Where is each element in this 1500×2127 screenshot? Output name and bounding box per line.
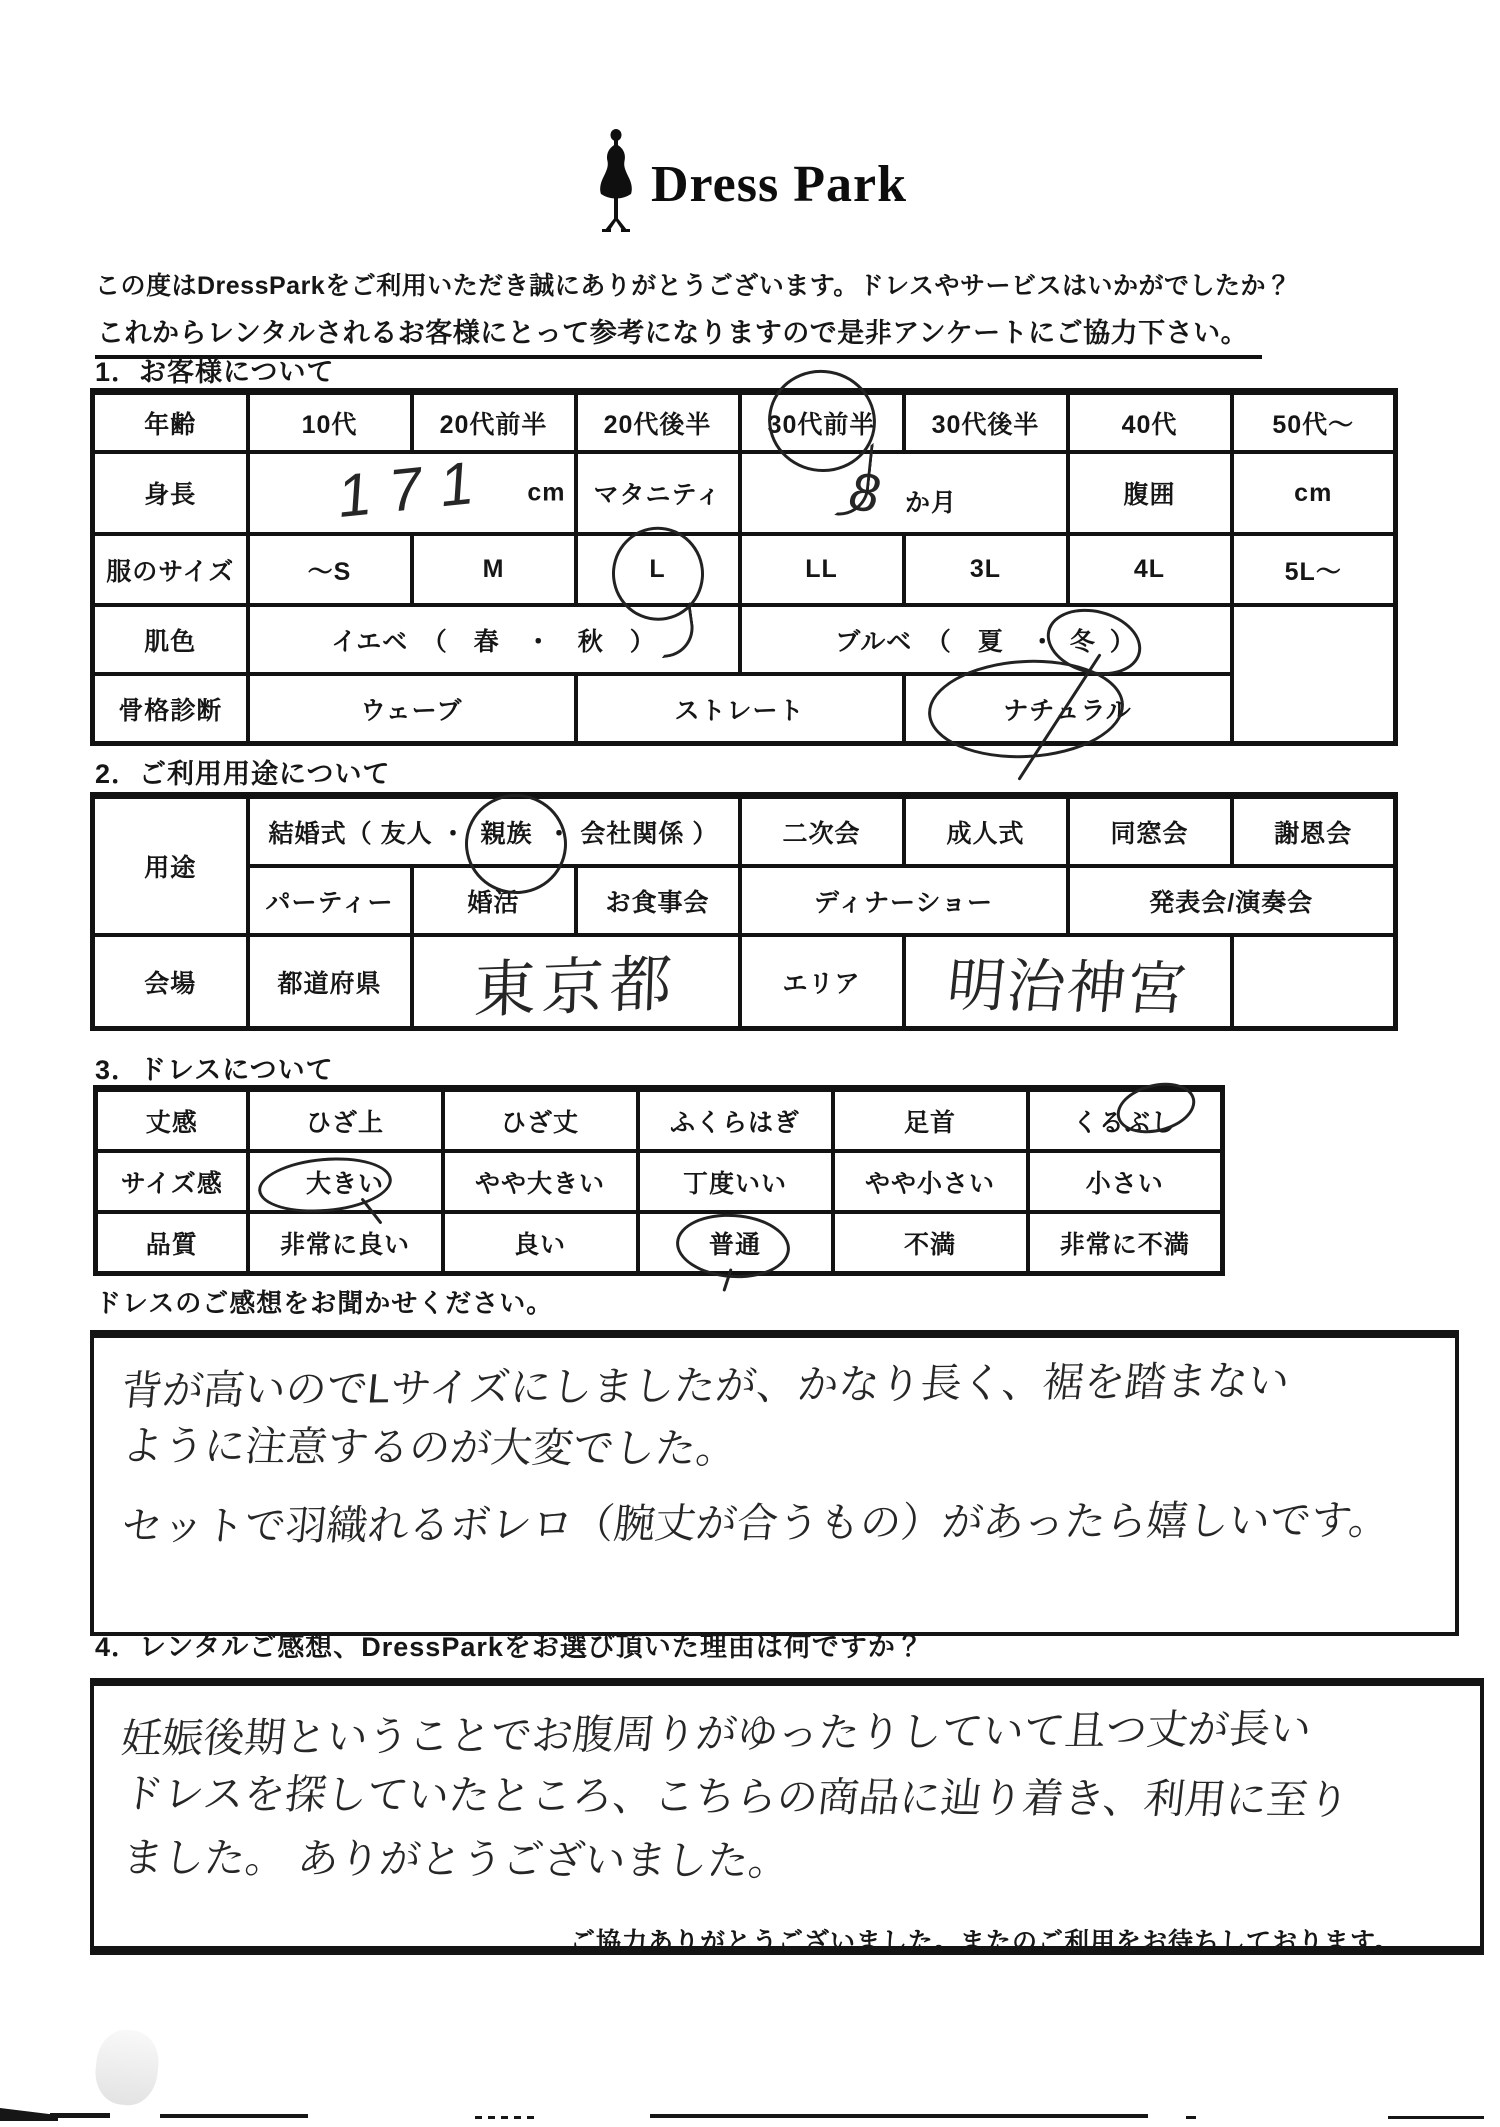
quality-option: 非常に不満 — [1028, 1212, 1223, 1274]
scan-artifact — [1186, 2116, 1196, 2119]
height-value: 171 — [335, 445, 493, 531]
length-option: ひざ丈 — [443, 1089, 638, 1152]
brand-logo: Dress Park — [0, 126, 1500, 243]
area-value: 明治神宮 — [943, 937, 1192, 1025]
age-option: 20代後半 — [576, 392, 740, 453]
usage-option: 同窓会 — [1068, 796, 1232, 867]
age-label: 年齢 — [93, 392, 248, 453]
age-option: 50代～ — [1232, 392, 1396, 453]
usage-option: お食事会 — [576, 866, 740, 935]
size-option-selected: L — [576, 534, 740, 605]
relatives-option: 親族 — [481, 814, 533, 850]
wedding-text: 結婚式（ 友人 ・ — [269, 820, 467, 848]
frame-label: 骨格診断 — [93, 674, 248, 744]
maternity-months-cell: 8 か月 — [740, 452, 1068, 534]
usage-label: 用途 — [93, 796, 248, 936]
usage-row-1: 用途 結婚式（ 友人 ・ 親族 ・ 会社関係 ） 二次会 成人式 同窓会 謝恩会 — [93, 796, 1396, 867]
height-row: 身長 171 cm マタニティ 8 か月 腹囲 cm — [93, 452, 1396, 534]
comment-line: ように注意するのが大変でした。 — [119, 1415, 1430, 1486]
area-value-cell: 明治神宮 — [904, 935, 1232, 1029]
prefecture-value: 東京都 — [472, 933, 679, 1029]
frame-option-selected: ナチュラル — [904, 674, 1232, 744]
scan-artifact — [650, 2114, 1148, 2118]
comment-line: ドレスを探していたところ、こちらの商品に辿り着き、利用に至り — [119, 1762, 1455, 1833]
usage-option: 発表会/演奏会 — [1068, 866, 1396, 935]
prefecture-value-cell: 東京都 — [412, 935, 740, 1029]
venue-row: 会場 都道府県 東京都 エリア 明治神宮 — [93, 935, 1396, 1029]
age-option-label: 30代前半 — [768, 411, 876, 439]
fit-option-label: 大きい — [306, 1170, 384, 1198]
fit-label: サイズ感 — [96, 1151, 248, 1212]
size-row: 服のサイズ ～S M L LL 3L 4L 5L～ — [93, 534, 1396, 605]
age-option: 40代 — [1068, 392, 1232, 453]
skin-row: 肌色 イエベ （ 春 ・ 秋 ） ブルベ （ 夏 ・ 冬 ） — [93, 605, 1396, 674]
intro-text: この度はDressParkをご利用いただき誠にありがとうございます。ドレスやサー… — [95, 266, 1425, 302]
age-option: 10代 — [248, 392, 412, 453]
length-option-selected: くるぶし — [1028, 1089, 1223, 1152]
waist-unit: cm — [1232, 452, 1396, 534]
fit-option: やや小さい — [833, 1151, 1028, 1212]
fit-option: 丁度いい — [638, 1151, 833, 1212]
fit-option: 小さい — [1028, 1151, 1223, 1212]
length-option: ふくらはぎ — [638, 1089, 833, 1152]
winter-option: 冬 — [1070, 622, 1096, 658]
size-option: ～S — [248, 534, 412, 605]
length-option: ひざ上 — [248, 1089, 443, 1152]
comment-line: 背が高いのでLサイズにしましたが、かなり長く、裾を踏まない — [118, 1348, 1430, 1423]
length-row: 丈感 ひざ上 ひざ丈 ふくらはぎ 足首 くるぶし — [96, 1089, 1223, 1152]
skin-label: 肌色 — [93, 605, 248, 674]
age-option-selected: 30代前半 — [740, 392, 904, 453]
quality-label: 品質 — [96, 1212, 248, 1274]
age-option: 30代後半 — [904, 392, 1068, 453]
section1-title: 1．お客様について — [95, 350, 334, 389]
survey-form-page: Dress Park この度はDressParkをご利用いただき誠にありがとうご… — [0, 0, 1500, 2127]
pen-tail-normal — [722, 1268, 732, 1292]
usage-table: 用途 結婚式（ 友人 ・ 親族 ・ 会社関係 ） 二次会 成人式 同窓会 謝恩会… — [90, 792, 1398, 1031]
relatives-label: 親族 — [481, 820, 533, 848]
usage-option: 二次会 — [740, 796, 904, 867]
customer-info-table: 年齢 10代 20代前半 20代後半 30代前半 30代後半 40代 50代～ … — [90, 388, 1398, 746]
maternity-label: マタニティ — [576, 452, 740, 534]
fit-row: サイズ感 大きい やや大きい 丁度いい やや小さい 小さい — [96, 1151, 1223, 1212]
length-option: 足首 — [833, 1089, 1028, 1152]
frame-option-label: ナチュラル — [1003, 697, 1132, 725]
size-option: 5L～ — [1232, 534, 1396, 605]
quality-option: 良い — [443, 1212, 638, 1274]
quality-option-selected: 普通 — [638, 1212, 833, 1274]
intro-block: この度はDressParkをご利用いただき誠にありがとうございます。ドレスやサー… — [95, 266, 1425, 359]
skin-blue-option: ブルベ （ 夏 ・ 冬 ） — [740, 605, 1232, 674]
usage-option: 成人式 — [904, 796, 1068, 867]
frame-row: 骨格診断 ウェーブ ストレート ナチュラル — [93, 674, 1396, 744]
scan-artifact — [475, 2116, 539, 2119]
size-label: 服のサイズ — [93, 534, 248, 605]
quality-option-label: 普通 — [709, 1231, 761, 1259]
fit-option-selected: 大きい — [248, 1151, 443, 1212]
reason-comment-box: 妊娠後期ということでお腹周りがゆったりしていて且つ丈が長い ドレスを探していたと… — [90, 1678, 1484, 1955]
frame-option: ストレート — [576, 674, 904, 744]
usage-option: 謝恩会 — [1232, 796, 1396, 867]
waist-label: 腹囲 — [1068, 452, 1232, 534]
scan-artifact — [160, 2114, 308, 2118]
brand-name: Dress Park — [651, 155, 907, 214]
quality-option: 不満 — [833, 1212, 1028, 1274]
closing-note: ご協力ありがとうございました。またのご利用をお待ちしております。 — [570, 1922, 1400, 1958]
dress-comment-label: ドレスのご感想をお聞かせください。 — [95, 1283, 553, 1320]
frame-option: ウェーブ — [248, 674, 576, 744]
size-option: 3L — [904, 534, 1068, 605]
size-option: M — [412, 534, 576, 605]
height-unit: cm — [527, 479, 565, 508]
height-value-cell: 171 cm — [248, 452, 576, 534]
area-label: エリア — [740, 935, 904, 1029]
dress-feedback-table: 丈感 ひざ上 ひざ丈 ふくらはぎ 足首 くるぶし サイズ感 大きい やや大きい … — [93, 1085, 1225, 1276]
wedding-option: 結婚式（ 友人 ・ 親族 ・ 会社関係 ） — [248, 796, 740, 867]
maternity-months-unit: か月 — [905, 489, 957, 517]
age-option: 20代前半 — [412, 392, 576, 453]
skin-blue-text: ブルベ （ 夏 ・ — [835, 628, 1056, 656]
venue-label: 会場 — [93, 935, 248, 1029]
section4-title: 4．レンタルご感想、DressParkをお選び頂いた理由は何ですか？ — [95, 1625, 924, 1664]
usage-option: 婚活 — [412, 866, 576, 935]
size-option: 4L — [1068, 534, 1232, 605]
age-row: 年齢 10代 20代前半 20代後半 30代前半 30代後半 40代 50代～ — [93, 392, 1396, 453]
dress-form-icon — [593, 126, 639, 243]
quality-row: 品質 非常に良い 良い 普通 不満 非常に不満 — [96, 1212, 1223, 1274]
length-label: 丈感 — [96, 1089, 248, 1152]
comment-line: 妊娠後期ということでお腹周りがゆったりしていて且つ丈が長い — [118, 1696, 1455, 1772]
length-option-label: くるぶし — [1073, 1109, 1177, 1137]
usage-option: パーティー — [248, 866, 412, 935]
size-option-label: L — [649, 555, 665, 583]
wedding-paren: ・ 会社関係 ） — [546, 820, 718, 848]
skin-yellow-option: イエベ （ 春 ・ 秋 ） — [248, 605, 740, 674]
scan-artifact — [50, 2113, 110, 2118]
size-option: LL — [740, 534, 904, 605]
quality-option: 非常に良い — [248, 1212, 443, 1274]
skin-blue-paren: ） — [1110, 628, 1136, 656]
section3-title: 3．ドレスについて — [95, 1048, 334, 1087]
prefecture-label: 都道府県 — [248, 935, 412, 1029]
height-label: 身長 — [93, 452, 248, 534]
usage-option: ディナーショー — [740, 866, 1068, 935]
comment-line: セットで羽織れるボレロ（腕丈が合うもの）があったら嬉しいです。 — [118, 1488, 1430, 1559]
maternity-months-value: 8 — [842, 460, 890, 525]
usage-row-2: パーティー 婚活 お食事会 ディナーショー 発表会/演奏会 — [93, 866, 1396, 935]
scan-smudge — [92, 2027, 163, 2109]
scan-artifact — [1388, 2116, 1484, 2119]
fit-option: やや大きい — [443, 1151, 638, 1212]
section2-title: 2．ご利用用途について — [95, 752, 390, 791]
comment-line: ました。 ありがとうございました。 — [119, 1826, 1455, 1897]
winter-label: 冬 — [1070, 628, 1096, 656]
dress-comment-box: 背が高いのでLサイズにしましたが、かなり長く、裾を踏まない ように注意するのが大… — [90, 1330, 1459, 1636]
